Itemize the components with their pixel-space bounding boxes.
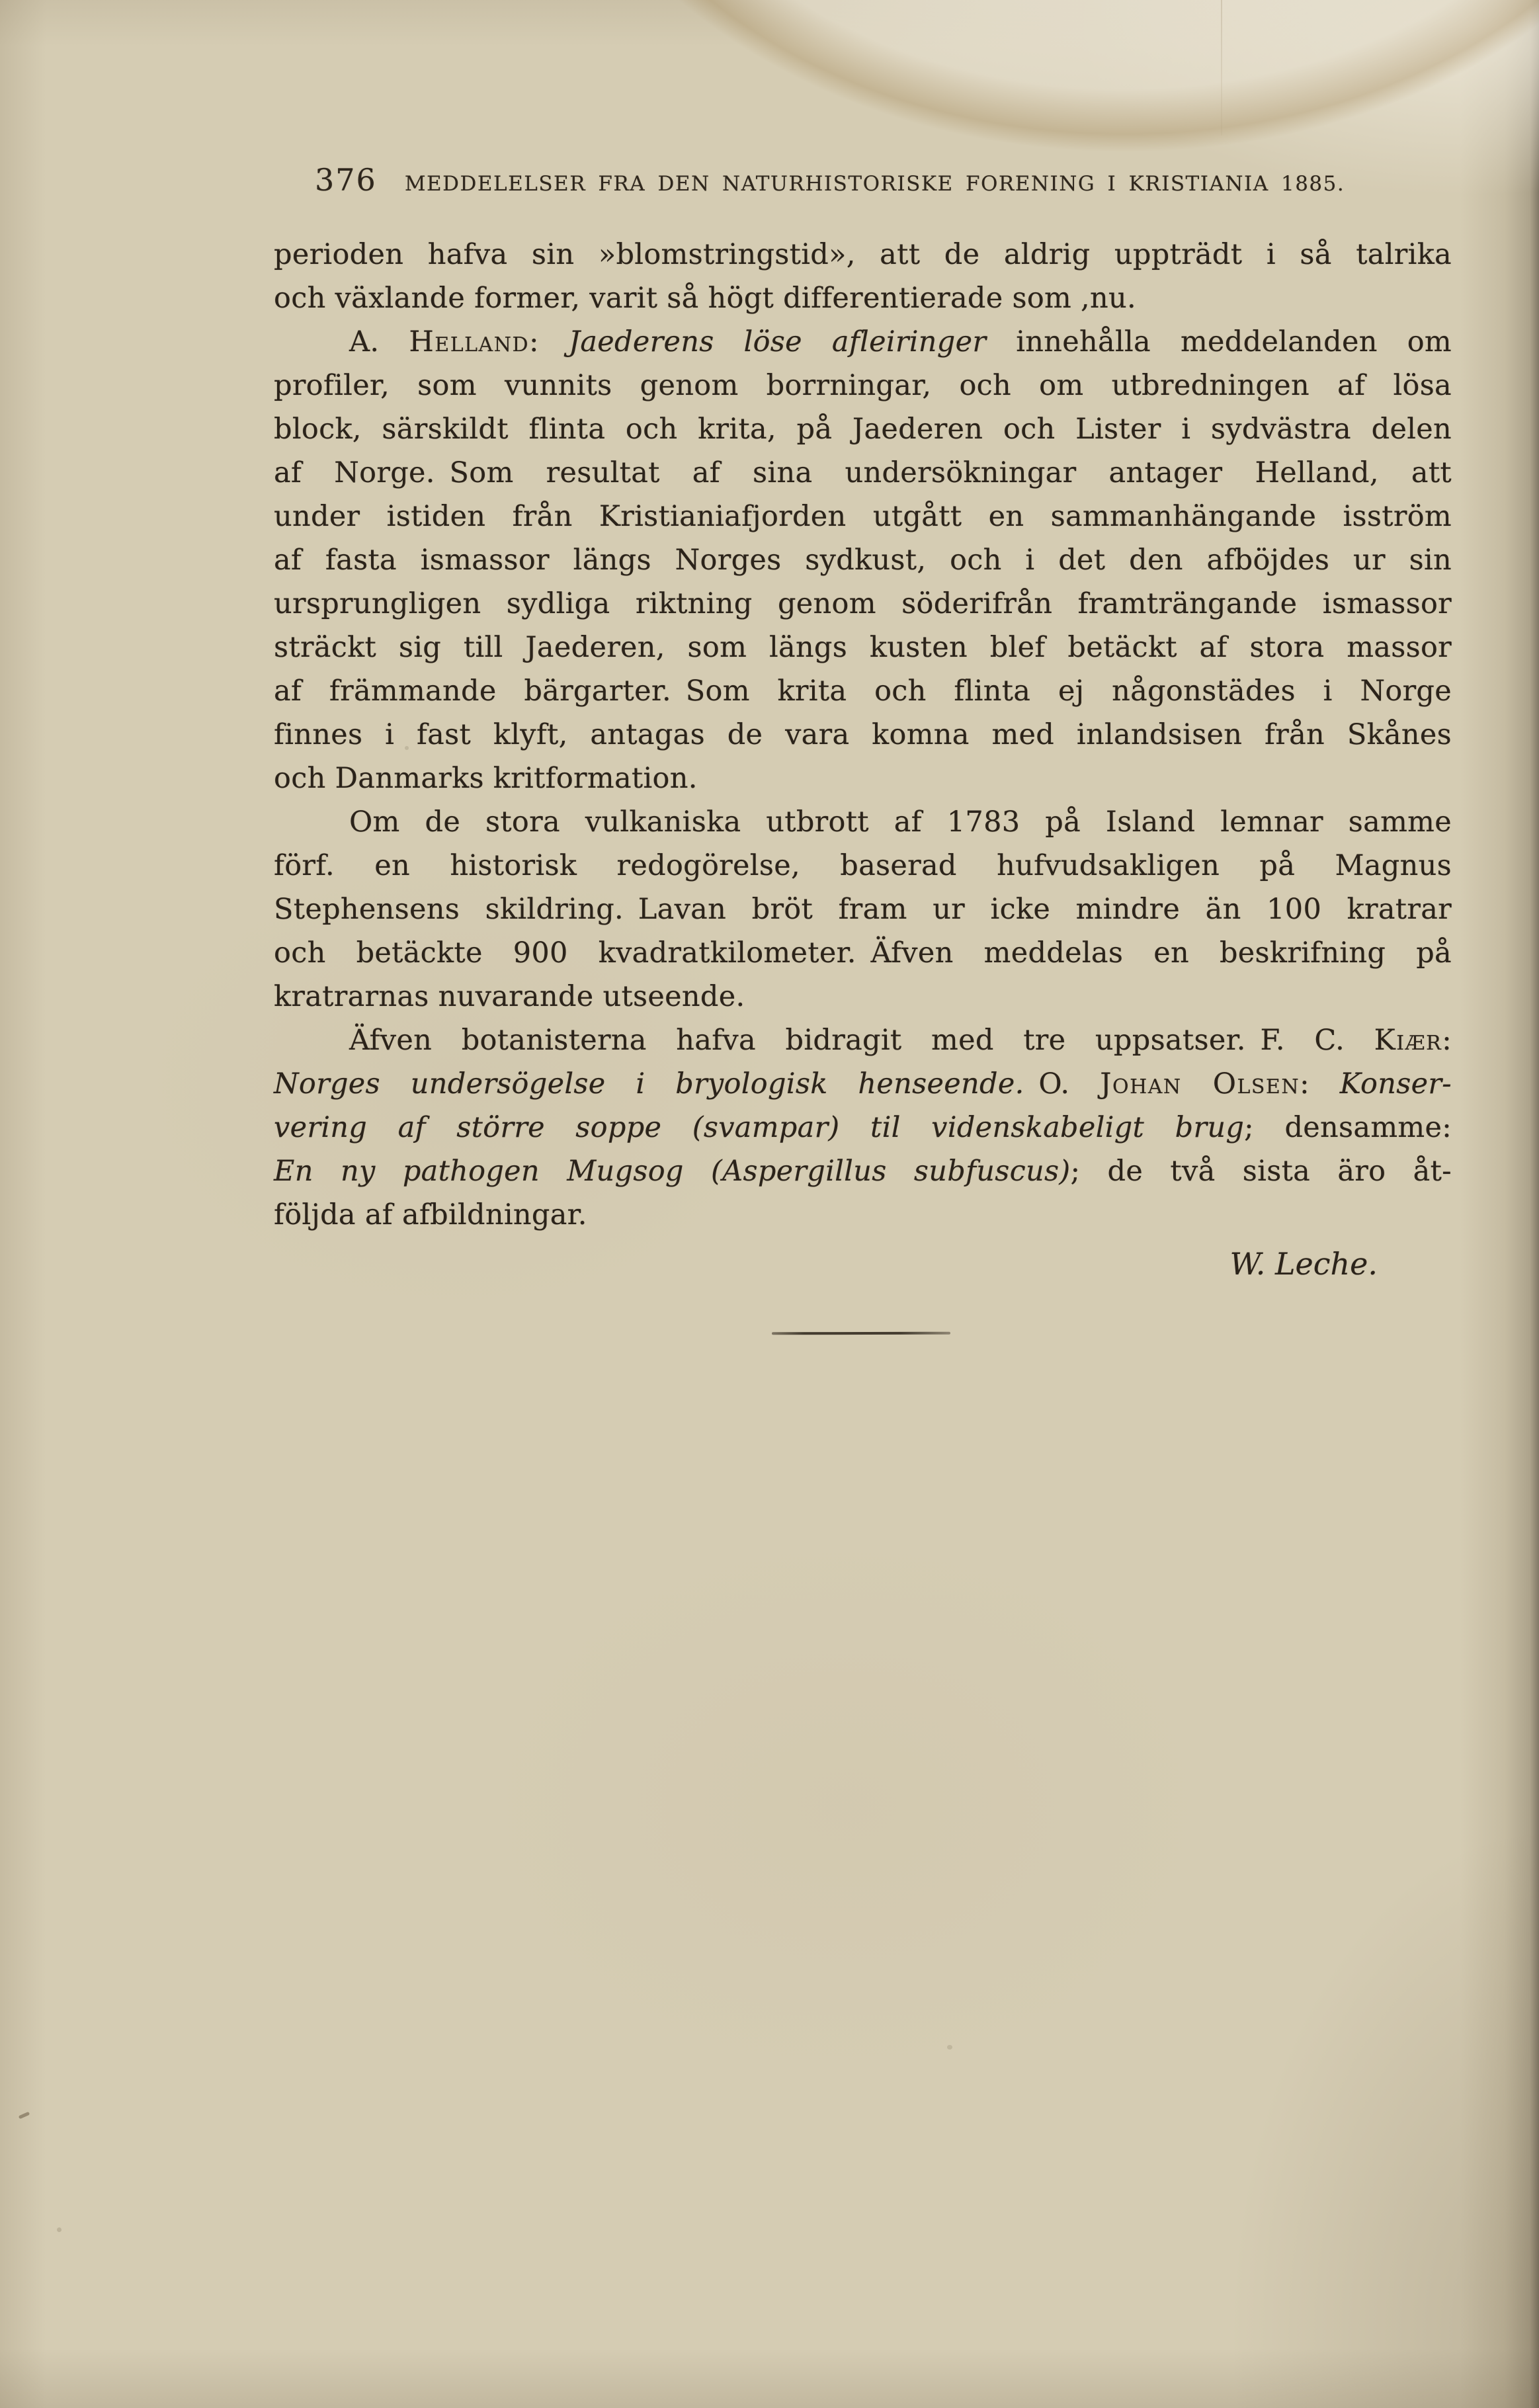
text-segment: och växlande former, varit så högt diffe… (274, 282, 1136, 315)
text-segment: under istiden från Kristianiafjorden utg… (274, 500, 1452, 533)
text-line: A. Helland: Jaederens löse afleiringer i… (274, 320, 1452, 364)
text-line: perioden hafva sin »blomstringstid», att… (274, 233, 1452, 276)
text-segment: : (1300, 1067, 1340, 1100)
text-line: sträckt sig till Jaederen, som längs kus… (274, 626, 1452, 669)
text-line: följda af afbildningar. (274, 1193, 1452, 1237)
text-line: kratrarnas nuvarande utseende. (274, 975, 1452, 1018)
text-segment: af främmande bärgarter. Som krita och fl… (274, 675, 1452, 708)
text-segment: Konser- (1340, 1067, 1452, 1100)
text-segment: följda af afbildningar. (274, 1198, 587, 1231)
text-line: En ny pathogen Mugsog (Aspergillus subfu… (274, 1149, 1452, 1193)
text-segment: sträckt sig till Jaederen, som längs kus… (274, 631, 1452, 664)
text-line: Stephensens skildring. Lavan bröt fram u… (274, 888, 1452, 931)
text-segment: profiler, som vunnits genom borrningar, … (274, 369, 1452, 402)
text-segment: och betäckte 900 kvadratkilometer. Äfven… (274, 936, 1452, 970)
text-segment: af fasta ismassor längs Norges sydkust, … (274, 544, 1452, 577)
text-line: vering af större soppe (svampar) til vid… (274, 1106, 1452, 1149)
running-title: MEDDELELSER FRA DEN NATURHISTORISKE FORE… (405, 171, 1345, 197)
paper-speck (57, 2227, 62, 2232)
text-line: under istiden från Kristianiafjorden utg… (274, 495, 1452, 538)
text-line: finnes i fast klyft, antagas de vara kom… (274, 713, 1452, 757)
text-segment: förf. en historisk redogörelse, baserad … (274, 849, 1452, 882)
text-segment: : (529, 325, 569, 358)
text-segment: Stephensens skildring. Lavan bröt fram u… (274, 893, 1452, 926)
text-segment: finnes i fast klyft, antagas de vara kom… (274, 718, 1452, 751)
text-line: Om de stora vulkaniska utbrott af 1783 p… (274, 800, 1452, 844)
text-segment: vering af större soppe (svampar) til vid… (274, 1111, 1244, 1144)
text-line: af främmande bärgarter. Som krita och fl… (274, 669, 1452, 713)
text-segment: ; densamme: (1244, 1111, 1452, 1144)
paper-crease (1221, 0, 1222, 136)
text-line: ursprungligen sydliga riktning genom söd… (274, 582, 1452, 626)
text-line: Äfven botanisterna hafva bidragit med tr… (274, 1018, 1452, 1062)
text-segment: ursprungligen sydliga riktning genom söd… (274, 587, 1452, 620)
text-segment: Jaederens löse afleiringer (569, 325, 986, 358)
text-segment: kratrarnas nuvarande utseende. (274, 980, 745, 1013)
text-segment: Norges undersögelse i bryologisk henseen… (274, 1067, 1024, 1100)
text-segment: Johan Olsen (1100, 1067, 1300, 1100)
text-line: af Norge. Som resultat af sina undersökn… (274, 451, 1452, 495)
paper-speck (19, 2112, 30, 2119)
text-line: och växlande former, varit så högt diffe… (274, 276, 1452, 320)
text-line: Norges undersögelse i bryologisk henseen… (274, 1062, 1452, 1106)
text-line: förf. en historisk redogörelse, baserad … (274, 844, 1452, 888)
page-number: 376 (315, 165, 377, 194)
text-line: block, särskildt flinta och krita, på Ja… (274, 407, 1452, 451)
text-segment: perioden hafva sin »blomstringstid», att… (274, 238, 1452, 271)
text-segment: En ny pathogen Mugsog (Aspergillus subfu… (274, 1155, 1070, 1188)
text-segment: Om de stora vulkaniska utbrott af 1783 p… (349, 806, 1452, 839)
text-segment: : (1442, 1024, 1452, 1057)
author-signature: W. Leche. (274, 1242, 1452, 1286)
paper-speck (947, 2045, 952, 2050)
body-text: perioden hafva sin »blomstringstid», att… (274, 233, 1452, 1237)
book-page-scan: 376 MEDDELELSER FRA DEN NATURHISTORISKE … (0, 0, 1539, 2408)
text-segment: Äfven botanisterna hafva bidragit med tr… (349, 1024, 1374, 1057)
text-line: profiler, som vunnits genom borrningar, … (274, 364, 1452, 407)
text-line: och Danmarks kritformation. (274, 757, 1452, 800)
text-line: och betäckte 900 kvadratkilometer. Äfven… (274, 931, 1452, 975)
text-line: af fasta ismassor längs Norges sydkust, … (274, 538, 1452, 582)
text-segment: A. (349, 325, 409, 358)
text-segment: innehålla meddelanden om (986, 325, 1452, 358)
text-segment: af Norge. Som resultat af sina undersökn… (274, 456, 1452, 489)
text-segment: ; de två sista äro åt- (1070, 1155, 1452, 1188)
text-segment: block, särskildt flinta och krita, på Ja… (274, 413, 1452, 446)
text-segment: och Danmarks kritformation. (274, 762, 698, 795)
section-divider-rule (772, 1332, 950, 1335)
running-header: 376 MEDDELELSER FRA DEN NATURHISTORISKE … (315, 165, 1333, 197)
paper-speck (405, 746, 409, 750)
text-segment: Helland (409, 325, 529, 358)
text-segment: Kiær (1374, 1024, 1442, 1057)
text-segment: O. (1024, 1067, 1101, 1100)
